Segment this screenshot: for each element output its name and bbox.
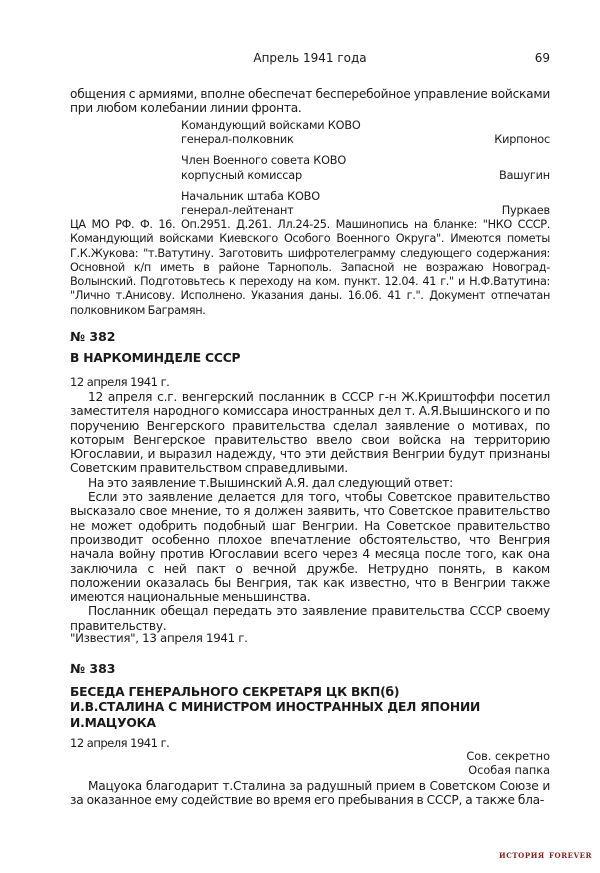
continuation-paragraph: общения с армиями, вполне обеспечат бесп… [70, 87, 550, 116]
document-title: БЕСЕДА ГЕНЕРАЛЬНОГО СЕКРЕТАРЯ ЦК ВКП(б) … [70, 685, 480, 731]
signature-block: Командующий войсками КОВО генерал-полков… [181, 119, 550, 218]
signatory-name: Пуркаев [502, 204, 550, 218]
paragraph: На это заявление т.Вышинский А.Я. дал сл… [70, 476, 550, 490]
paragraph: Если это заявление делается для того, чт… [70, 490, 550, 604]
document-number: № 382 [70, 329, 115, 344]
paragraph: 12 апреля с.г. венгерский посланник в СС… [70, 390, 550, 476]
signatory-name: Кирпонос [494, 133, 550, 147]
archive-note: ЦА МО РФ. Ф. 16. Оп.2951. Д.261. Лл.24-2… [70, 218, 550, 318]
paragraph: Посланник обещал передать это заявление … [70, 604, 550, 633]
document-date: 12 апреля 1941 г. [70, 375, 169, 389]
document-date: 12 апреля 1941 г. [70, 736, 169, 750]
source-citation: "Известия", 13 апреля 1941 г. [70, 631, 248, 645]
signature-chief-of-staff: Начальник штаба КОВО генерал-лейтенант П… [181, 190, 550, 218]
document-body: Мацуока благодарит т.Сталина за радушный… [70, 779, 550, 808]
document-body: 12 апреля с.г. венгерский посланник в СС… [70, 390, 550, 633]
running-header: Апрель 1941 года 69 [70, 50, 550, 66]
running-title: Апрель 1941 года [70, 50, 550, 66]
classification-stamp: Сов. секретно Особая папка [466, 750, 550, 778]
document-title: В НАРКОМИНДЕЛЕ СССР [70, 351, 240, 366]
signature-commander: Командующий войсками КОВО генерал-полков… [181, 119, 550, 147]
page-number: 69 [535, 50, 550, 66]
signatory-name: Вашугин [499, 169, 550, 183]
site-watermark: история forever [499, 849, 592, 861]
paragraph: Мацуока благодарит т.Сталина за радушный… [70, 779, 550, 808]
document-number: № 383 [70, 661, 115, 676]
signature-council-member: Член Военного совета КОВО корпусный коми… [181, 154, 550, 182]
